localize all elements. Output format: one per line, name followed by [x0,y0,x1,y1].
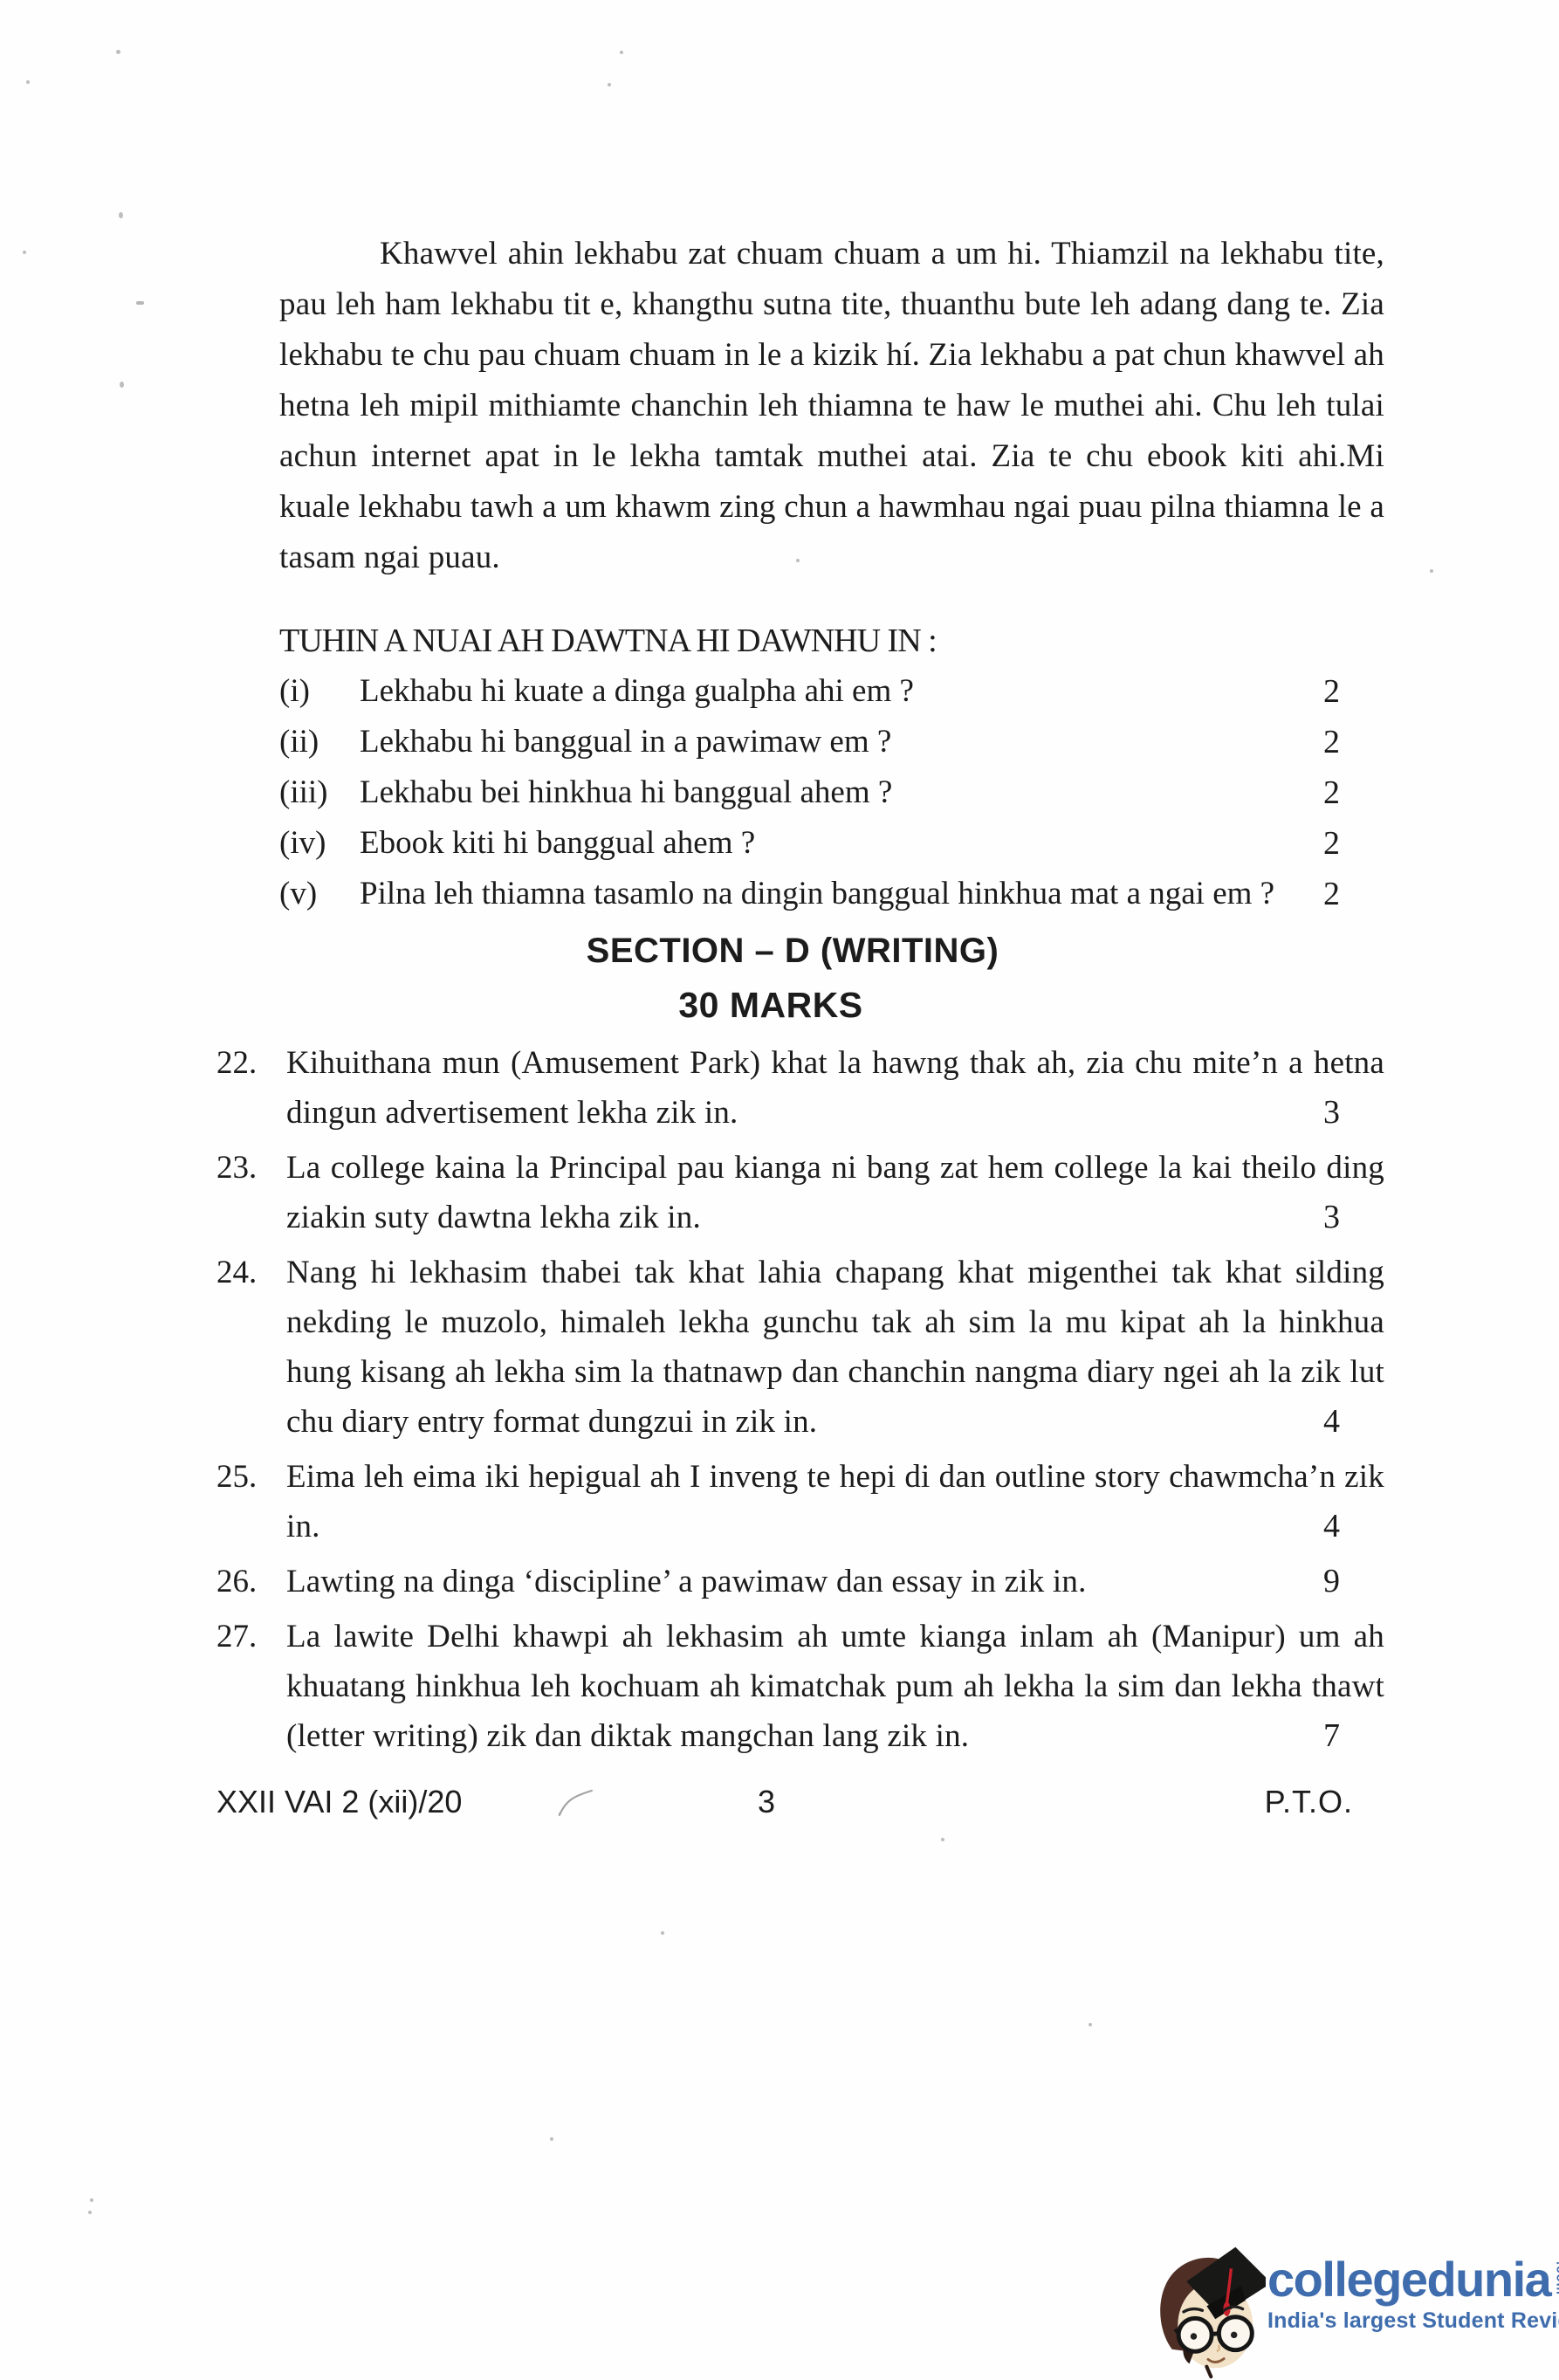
sub-question-text: Lekhabu bei hinkhua hi banggual ahem ? [360,767,1384,818]
sub-question-row: (iii) Lekhabu bei hinkhua hi banggual ah… [279,767,1384,818]
marks-value: 7 [1323,1716,1340,1756]
sub-question-row: (i) Lekhabu hi kuate a dinga gualpha ahi… [279,666,1384,717]
scan-speck [1430,569,1433,573]
scan-speck [26,80,30,84]
sub-question-list: (i) Lekhabu hi kuate a dinga gualpha ahi… [279,666,1384,919]
sub-question-number: (i) [279,666,360,717]
marks-value: 4 [1323,1506,1340,1546]
question-row: 25. Eima leh eima iki hepigual ah I inve… [216,1452,1384,1551]
scan-speck [120,382,124,388]
marks-value: 3 [1323,1197,1340,1237]
question-number: 26. [216,1557,286,1606]
pto-label: P.T.O. [1265,1777,1353,1827]
question-text: La college kaina la Principal pau kianga… [286,1143,1384,1242]
question-number: 23. [216,1143,286,1242]
sub-question-text: Pilna leh thiamna tasamlo na dingin bang… [360,869,1384,919]
page-footer: XXII VAI 2 (xii)/20 3 P.T.O. [279,1777,1384,1827]
question-list: 22. Kihuithana mun (Amusement Park) khat… [279,1038,1384,1761]
scan-speck [620,51,623,54]
question-row: 23. La college kaina la Principal pau ki… [216,1143,1384,1242]
sub-question-number: (iii) [279,767,360,818]
section-heading: SECTION – D (WRITING) [240,926,1345,975]
marks-value: 2 [1323,671,1340,712]
scan-speck [550,2137,553,2141]
sub-question-row: (ii) Lekhabu hi banggual in a pawimaw em… [279,717,1384,767]
question-row: 27. La lawite Delhi khawpi ah lekhasim a… [216,1612,1384,1761]
scan-speck [661,1931,664,1935]
scan-speck [119,212,123,218]
logo-text: collegedunia .com India's largest Studen… [1267,2235,1559,2334]
collegedunia-logo: collegedunia .com India's largest Studen… [1150,2235,1559,2380]
question-number: 22. [216,1038,286,1138]
scan-speck [136,301,144,305]
scan-speck [90,2198,93,2202]
question-row: 26. Lawting na dinga ‘discipline’ a pawi… [216,1557,1384,1606]
question-text: La lawite Delhi khawpi ah lekhasim ah um… [286,1612,1384,1761]
marks-value: 4 [1323,1401,1340,1441]
scan-speck [116,50,120,54]
question-text: Lawting na dinga ‘discipline’ a pawimaw … [286,1557,1384,1606]
brand-tld: .com [1553,2261,1559,2300]
question-text: Kihuithana mun (Amusement Park) khat la … [286,1038,1384,1138]
section-marks-heading: 30 MARKS [218,980,1323,1029]
question-text: Nang hi lekhasim thabei tak khat lahia c… [286,1248,1384,1447]
sub-question-row: (iv) Ebook kiti hi banggual ahem ? 2 [279,818,1384,869]
question-number: 27. [216,1612,286,1761]
scan-speck [941,1838,944,1841]
marks-value: 2 [1323,722,1340,762]
scan-speck [608,83,611,86]
page-content: Khawvel ahin lekhabu zat chuam chuam a u… [279,196,1384,1827]
sub-question-number: (iv) [279,818,360,869]
question-number: 25. [216,1452,286,1551]
sub-question-text: Lekhabu hi banggual in a pawimaw em ? [360,717,1384,767]
marks-value: 2 [1323,874,1340,914]
scan-speck [23,251,26,254]
sub-question-number: (v) [279,869,360,919]
brand-tagline: India's largest Student Review Platform [1267,2308,1559,2334]
marks-value: 2 [1323,773,1340,813]
page-number: 3 [758,1777,775,1827]
paper-code: XXII VAI 2 (xii)/20 [216,1777,462,1827]
instruction-heading: TUHIN A NUAI AH DAWTNA HI DAWNHU IN : [279,616,1384,666]
question-number: 24. [216,1248,286,1447]
question-row: 24. Nang hi lekhasim thabei tak khat lah… [216,1248,1384,1447]
question-text: Eima leh eima iki hepigual ah I inveng t… [286,1452,1384,1551]
sub-question-text: Lekhabu hi kuate a dinga gualpha ahi em … [360,666,1384,717]
intro-paragraph: Khawvel ahin lekhabu zat chuam chuam a u… [279,229,1384,583]
scan-speck [1089,2023,1092,2026]
marks-value: 3 [1323,1092,1340,1132]
mascot-icon [1150,2235,1266,2380]
sub-question-row: (v) Pilna leh thiamna tasamlo na dingin … [279,869,1384,919]
scan-speck [88,2211,92,2214]
scanned-exam-page: Khawvel ahin lekhabu zat chuam chuam a u… [0,0,1559,2380]
sub-question-text: Ebook kiti hi banggual ahem ? [360,818,1384,869]
question-row: 22. Kihuithana mun (Amusement Park) khat… [216,1038,1384,1138]
marks-value: 2 [1323,823,1340,863]
brand-wordmark: collegedunia [1267,2254,1550,2305]
marks-value: 9 [1323,1561,1340,1601]
sub-question-number: (ii) [279,717,360,767]
